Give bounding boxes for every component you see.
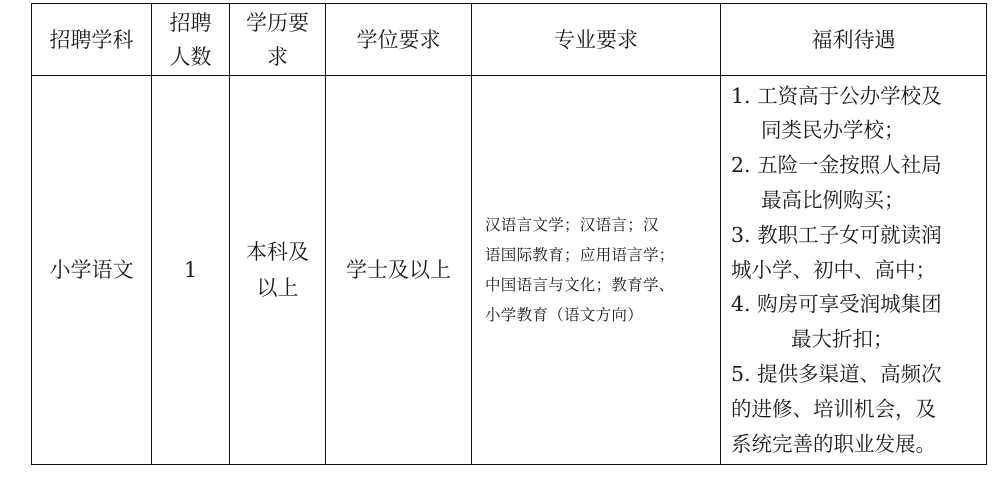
welfare-item-4: 4. 购房可享受润城集团 xyxy=(731,287,980,322)
degree-value: 学士及以上 xyxy=(346,258,451,282)
header-welfare-label: 福利待遇 xyxy=(812,28,896,52)
header-education-line-2: 求 xyxy=(267,45,288,69)
cell-education: 本科及 以上 xyxy=(230,76,326,465)
major-line-1: 汉语言文学；汉语言；汉 xyxy=(485,216,659,234)
header-degree-label: 学位要求 xyxy=(357,28,441,52)
header-row: 招聘学科 招聘 人数 学历要 求 学位要求 专业要求 福利待遇 xyxy=(32,4,987,76)
header-education-line-1: 学历要 xyxy=(246,11,309,35)
welfare-item-5-cont-1: 的进修、培训机会，及 xyxy=(731,392,980,427)
major-line-2: 语国际教育；应用语言学； xyxy=(485,246,675,264)
major-line-3: 中国语言与文化；教育学、 xyxy=(485,276,675,294)
header-degree: 学位要求 xyxy=(326,4,472,76)
header-count: 招聘 人数 xyxy=(152,4,230,76)
welfare-item-2: 2. 五险一金按照人社局 xyxy=(731,148,980,183)
education-line-2: 以上 xyxy=(257,276,299,300)
count-value: 1 xyxy=(184,258,197,282)
cell-count: 1 xyxy=(152,76,230,465)
header-count-line-2: 人数 xyxy=(170,45,212,69)
header-major: 专业要求 xyxy=(472,4,721,76)
header-major-label: 专业要求 xyxy=(554,28,638,52)
header-count-line-1: 招聘 xyxy=(170,11,212,35)
cell-degree: 学士及以上 xyxy=(326,76,472,465)
welfare-item-4-cont: 最大折扣； xyxy=(731,322,980,357)
header-education: 学历要 求 xyxy=(230,4,326,76)
cell-major: 汉语言文学；汉语言；汉 语国际教育；应用语言学； 中国语言与文化；教育学、 小学… xyxy=(472,76,721,465)
header-subject: 招聘学科 xyxy=(32,4,152,76)
subject-value: 小学语文 xyxy=(50,258,134,282)
header-subject-label: 招聘学科 xyxy=(50,28,134,52)
recruitment-table: 招聘学科 招聘 人数 学历要 求 学位要求 专业要求 福利待遇 小学语文 1 本… xyxy=(31,3,987,465)
welfare-item-2-cont: 最高比例购买； xyxy=(731,183,980,218)
cell-welfare: 1. 工资高于公办学校及 同类民办学校； 2. 五险一金按照人社局 最高比例购买… xyxy=(721,76,987,465)
welfare-item-5: 5. 提供多渠道、高频次 xyxy=(731,357,980,392)
welfare-item-3: 3. 教职工子女可就读润 xyxy=(731,218,980,253)
header-welfare: 福利待遇 xyxy=(721,4,987,76)
cell-subject: 小学语文 xyxy=(32,76,152,465)
welfare-item-1: 1. 工资高于公办学校及 xyxy=(731,79,980,114)
welfare-item-3-cont: 城小学、初中、高中； xyxy=(731,253,980,288)
table-row: 小学语文 1 本科及 以上 学士及以上 汉语言文学；汉语言；汉 语国际教育；应用… xyxy=(32,76,987,465)
education-line-1: 本科及 xyxy=(246,240,309,264)
welfare-item-1-cont: 同类民办学校； xyxy=(731,113,980,148)
major-line-4: 小学教育（语文方向） xyxy=(485,306,643,324)
welfare-item-5-cont-2: 系统完善的职业发展。 xyxy=(731,427,980,462)
